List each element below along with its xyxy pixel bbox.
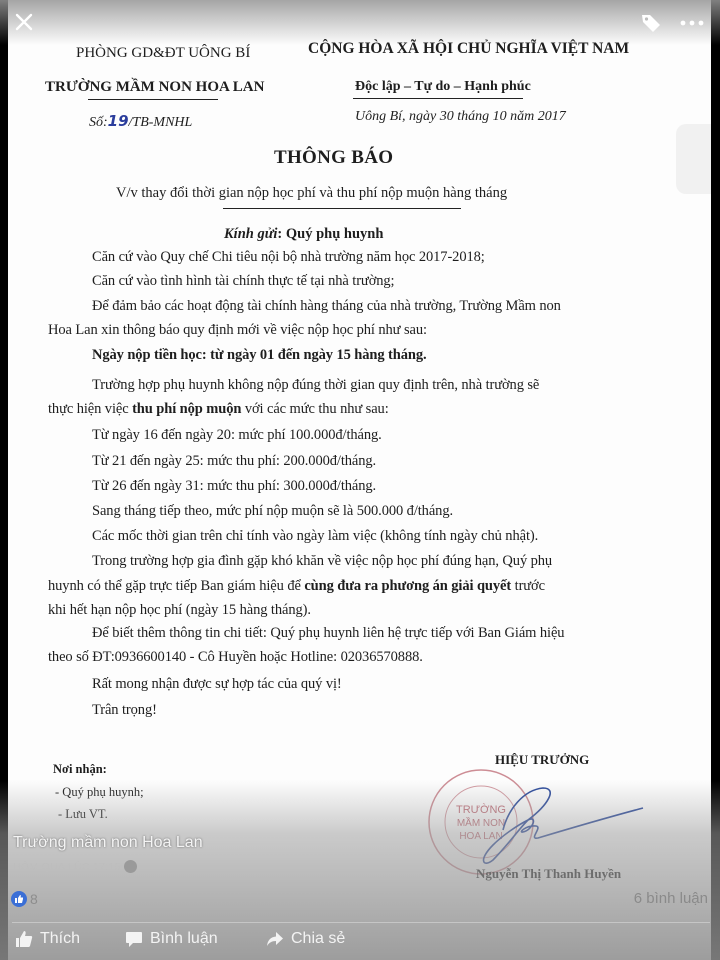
comments-count[interactable]: 6 bình luận	[634, 890, 708, 907]
side-panel-handle	[676, 124, 711, 194]
close-button[interactable]	[12, 10, 36, 34]
school-underline	[88, 99, 218, 100]
like-label: Thích	[40, 930, 80, 948]
national-motto: Độc lập – Tự do – Hạnh phúc	[355, 79, 531, 95]
fee-line: Từ ngày 16 đến ngày 20: mức phí 100.000đ…	[92, 427, 382, 444]
comment-label: Bình luận	[150, 930, 218, 948]
likes-summary[interactable]: 8	[11, 891, 38, 907]
body-p10: Trân trọng!	[92, 702, 157, 719]
top-shade	[0, 0, 720, 45]
body-p9: Rất mong nhận được sự hợp tác của quý vị…	[92, 676, 342, 693]
p5-text-bold: thu phí nộp muộn	[132, 401, 241, 417]
tag-photo-button[interactable]	[640, 12, 662, 34]
more-options-button[interactable]	[678, 15, 706, 31]
p5-text-c: với các mức thu như sau:	[241, 401, 388, 417]
p7-text-c: trước	[511, 578, 545, 594]
body-p7-line2: huynh có thể gặp trực tiếp Ban giám hiệu…	[48, 578, 545, 595]
handwritten-number: 19	[108, 112, 129, 130]
body-p3-line2: Hoa Lan xin thông báo quy định mới về vi…	[48, 322, 427, 339]
body-p7-line3: khi hết hạn nộp học phí (ngày 15 hàng th…	[48, 602, 311, 619]
payment-period: Ngày nộp tiền học: từ ngày 01 đến ngày 1…	[92, 347, 427, 364]
p7-text-bold: cùng đưa ra phương án giải quyết	[304, 578, 511, 594]
number-suffix: /TB-MNHL	[129, 115, 193, 130]
likes-count: 8	[30, 891, 38, 907]
notice-subject: V/v thay đổi thời gian nộp học phí và th…	[116, 185, 507, 202]
greeting-label: Kính gửi	[224, 226, 277, 242]
greeting: Kính gửi: Quý phụ huynh	[224, 226, 383, 243]
recipients-heading: Nơi nhận:	[53, 762, 107, 777]
comment-button[interactable]: Bình luận	[125, 930, 218, 948]
tag-icon	[640, 12, 662, 34]
comment-icon	[125, 930, 143, 948]
subject-underline	[223, 208, 461, 209]
body-p5-line2: thực hiện việc thu phí nộp muộn với các …	[48, 401, 389, 418]
department-name: PHÒNG GD&ĐT UÔNG BÍ	[76, 45, 250, 62]
like-reaction-icon	[11, 891, 27, 907]
photo-viewer: PHÒNG GD&ĐT UÔNG BÍ TRƯỜNG MẦM NON HOA L…	[0, 0, 720, 960]
place-date: Uông Bí, ngày 30 tháng 10 năm 2017	[355, 109, 566, 125]
p7-text-a: huynh có thể gặp trực tiếp Ban giám hiệu…	[48, 578, 304, 594]
like-button[interactable]: Thích	[15, 930, 80, 948]
thumbs-up-icon	[15, 930, 33, 948]
post-timestamp[interactable]: HÔM QUA LÚC 17:15	[13, 860, 137, 873]
document-number: Số:19/TB-MNHL	[89, 112, 192, 131]
motto-underline	[353, 98, 523, 99]
post-author[interactable]: Trường mầm non Hoa Lan	[13, 834, 203, 852]
timestamp-text: HÔM QUA LÚC 17:15	[13, 861, 121, 873]
body-p1: Căn cứ vào Quy chế Chi tiêu nội bộ nhà t…	[92, 249, 485, 266]
body-p7-line1: Trong trường hợp gia đình gặp khó khăn v…	[92, 553, 552, 570]
body-p3-line1: Để đảm bảo các hoạt động tài chính hàng …	[92, 298, 561, 315]
principal-title: HIỆU TRƯỞNG	[495, 752, 589, 768]
body-p5-line1: Trường hợp phụ huynh không nộp đúng thời…	[92, 377, 539, 394]
greeting-target: : Quý phụ huynh	[277, 226, 383, 242]
body-p6: Các mốc thời gian trên chỉ tính vào ngày…	[92, 528, 538, 545]
share-button[interactable]: Chia sẻ	[266, 930, 345, 948]
fee-line: Sang tháng tiếp theo, mức phí nộp muộn s…	[92, 503, 453, 520]
more-dots-icon	[678, 15, 706, 31]
number-prefix: Số:	[89, 115, 108, 130]
share-label: Chia sẻ	[291, 930, 345, 948]
p5-text-a: thực hiện việc	[48, 401, 132, 417]
close-icon	[12, 10, 36, 34]
notice-title: THÔNG BÁO	[274, 147, 393, 169]
fee-line: Từ 21 đến ngày 25: mức thu phí: 200.000đ…	[92, 453, 376, 470]
school-name: TRƯỜNG MẦM NON HOA LAN	[45, 79, 264, 96]
fee-line: Từ 26 đến ngày 31: mức thu phí: 300.000đ…	[92, 478, 376, 495]
globe-icon	[124, 860, 137, 873]
body-p2: Căn cứ vào tình hình tài chính thực tế t…	[92, 273, 395, 290]
body-p8-line2: theo số ĐT:0936600140 - Cô Huyền hoặc Ho…	[48, 649, 423, 666]
share-icon	[266, 930, 284, 948]
actions-divider	[12, 922, 710, 923]
body-p8-line1: Để biết thêm thông tin chi tiết: Quý phụ…	[92, 625, 564, 642]
